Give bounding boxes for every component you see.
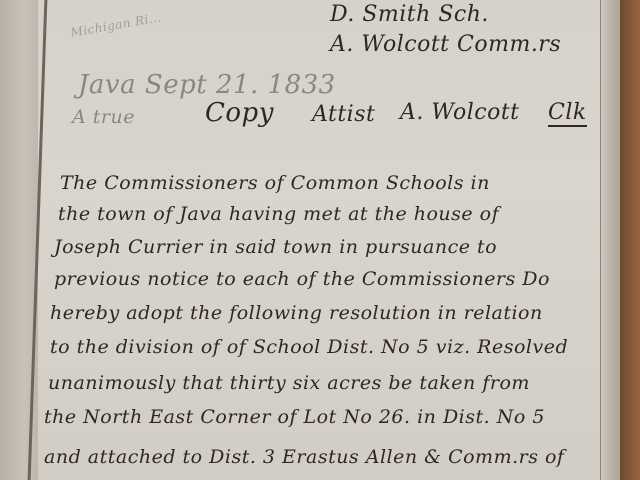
signature-wolcott: A. Wolcott Comm.rs [330, 32, 561, 57]
body-line: Joseph Currier in said town in pursuance… [54, 236, 497, 258]
body-line: The Commissioners of Common Schools in [60, 172, 490, 194]
body-line: the town of Java having met at the house… [58, 203, 499, 225]
attest-title: Clk [548, 100, 587, 127]
signature-smith: D. Smith Sch. [330, 2, 489, 27]
attest-name: A. Wolcott [400, 100, 520, 125]
body-line: the North East Corner of Lot No 26. in D… [44, 406, 545, 428]
body-line: previous notice to each of the Commissio… [54, 268, 550, 290]
body-line: unanimously that thirty six acres be tak… [48, 372, 530, 394]
body-line: and attached to Dist. 3 Erastus Allen & … [44, 446, 564, 468]
attest-copy: Copy [205, 98, 274, 128]
book-cover [620, 0, 640, 480]
left-page [0, 0, 40, 480]
body-line: hereby adopt the following resolution in… [50, 302, 543, 324]
attest-prefix: A true [72, 106, 135, 128]
attest-label: Attist [312, 102, 375, 127]
dateline: Java Sept 21. 1833 [78, 70, 336, 100]
body-line: to the division of of School Dist. No 5 … [50, 336, 568, 358]
